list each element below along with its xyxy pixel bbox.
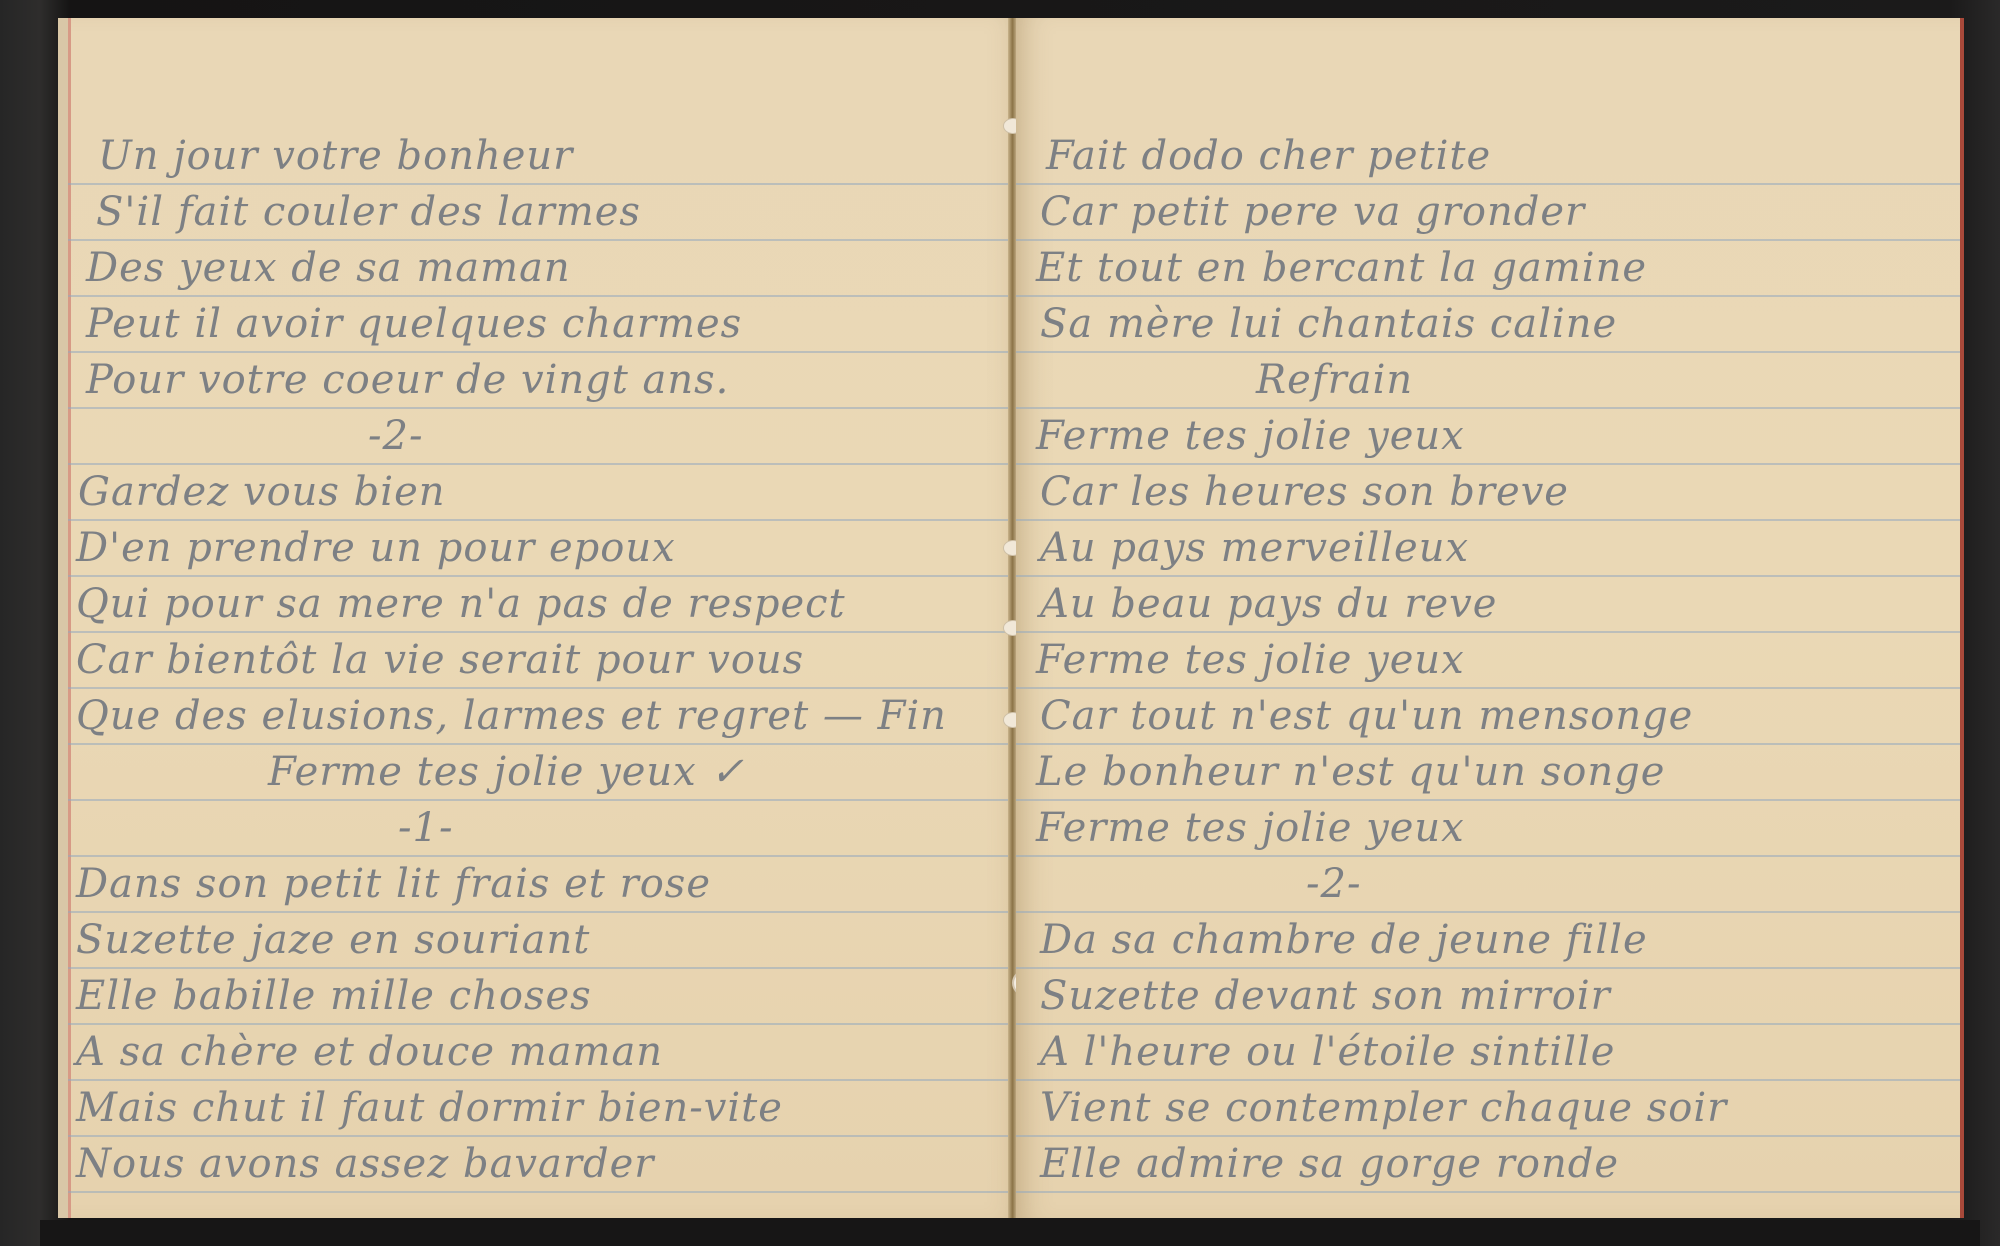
- ruled-line: [1016, 911, 1960, 913]
- handwritten-line: Mais chut il faut dormir bien-vite: [76, 1085, 783, 1131]
- ruled-line: [1016, 575, 1960, 577]
- handwritten-line: Qui pour sa mere n'a pas de respect: [76, 581, 846, 627]
- handwritten-line: Suzette jaze en souriant: [76, 917, 590, 963]
- ruled-line: [68, 183, 1020, 185]
- handwritten-line: Des yeux de sa maman: [86, 245, 571, 291]
- ruled-line: [1016, 631, 1960, 633]
- handwritten-line: Pour votre coeur de vingt ans.: [86, 357, 729, 403]
- handwritten-line: Le bonheur n'est qu'un songe: [1036, 749, 1665, 795]
- handwritten-line: Nous avons assez bavarder: [76, 1141, 654, 1187]
- right-page: Fait dodo cher petite Car petit pere va …: [1016, 18, 1964, 1218]
- ruled-line: [1016, 407, 1960, 409]
- ruled-line: [68, 351, 1020, 353]
- ruled-line: [1016, 743, 1960, 745]
- ruled-line: [68, 631, 1020, 633]
- ruled-line: [68, 1023, 1020, 1025]
- ruled-line: [68, 799, 1020, 801]
- handwritten-line: Ferme tes jolie yeux: [1036, 413, 1465, 459]
- ruled-line: [1016, 351, 1960, 353]
- handwritten-line: Au beau pays du reve: [1040, 581, 1497, 627]
- ruled-line: [68, 1135, 1020, 1137]
- ruled-line: [1016, 183, 1960, 185]
- handwritten-line: Vient se contempler chaque soir: [1040, 1085, 1727, 1131]
- ruled-line: [1016, 1023, 1960, 1025]
- ruled-line: [1016, 1135, 1960, 1137]
- ruled-line: [1016, 967, 1960, 969]
- ruled-line: [68, 463, 1020, 465]
- ruled-line: [68, 239, 1020, 241]
- handwritten-line: Car bientôt la vie serait pour vous: [76, 637, 804, 683]
- handwritten-line: A l'heure ou l'étoile sintille: [1040, 1029, 1615, 1075]
- ruled-line: [68, 1079, 1020, 1081]
- handwritten-line: D'en prendre un pour epoux: [76, 525, 676, 571]
- handwritten-line: Ferme tes jolie yeux: [1036, 637, 1465, 683]
- ruled-line: [1016, 1079, 1960, 1081]
- verse-number: -2-: [368, 413, 423, 459]
- ruled-line: [68, 687, 1020, 689]
- handwritten-line: Car tout n'est qu'un mensonge: [1040, 693, 1693, 739]
- ruled-line: [68, 743, 1020, 745]
- ruled-line: [68, 519, 1020, 521]
- ruled-line: [1016, 1191, 1960, 1193]
- handwritten-line: Peut il avoir quelques charmes: [86, 301, 742, 347]
- handwritten-line: Au pays merveilleux: [1040, 525, 1469, 571]
- verse-number: -1-: [398, 805, 453, 851]
- left-page: Un jour votre bonheur S'il fait couler d…: [58, 18, 1020, 1218]
- ruled-line: [1016, 519, 1960, 521]
- handwritten-line: Car les heures son breve: [1040, 469, 1569, 515]
- ruled-line: [1016, 295, 1960, 297]
- song-title: Ferme tes jolie yeux ✓: [268, 749, 745, 795]
- ruled-line: [68, 911, 1020, 913]
- handwritten-line: S'il fait couler des larmes: [96, 189, 641, 235]
- handwritten-line: Sa mère lui chantais caline: [1040, 301, 1617, 347]
- handwritten-line: Elle admire sa gorge ronde: [1040, 1141, 1619, 1187]
- verse-number: -2-: [1306, 861, 1361, 907]
- handwritten-line: Que des elusions, larmes et regret — Fin: [76, 693, 947, 739]
- ruled-line: [68, 575, 1020, 577]
- ruled-line: [1016, 799, 1960, 801]
- handwritten-line: Elle babille mille choses: [76, 973, 592, 1019]
- ruled-line: [1016, 239, 1960, 241]
- handwritten-line: A sa chère et douce maman: [76, 1029, 663, 1075]
- ruled-line: [1016, 855, 1960, 857]
- cover-bottom-edge: [40, 1220, 1980, 1246]
- ruled-line: [1016, 687, 1960, 689]
- handwritten-line: Dans son petit lit frais et rose: [76, 861, 711, 907]
- handwritten-line: Suzette devant son mirroir: [1040, 973, 1611, 1019]
- handwritten-line: Ferme tes jolie yeux: [1036, 805, 1465, 851]
- refrain-heading: Refrain: [1256, 357, 1413, 403]
- ruled-line: [68, 295, 1020, 297]
- ruled-line: [68, 1191, 1020, 1193]
- handwritten-line: Fait dodo cher petite: [1046, 133, 1491, 179]
- ruled-line: [68, 967, 1020, 969]
- handwritten-line: Car petit pere va gronder: [1040, 189, 1585, 235]
- ruled-line: [68, 407, 1020, 409]
- handwritten-line: Et tout en bercant la gamine: [1036, 245, 1647, 291]
- handwritten-line: Da sa chambre de jeune fille: [1040, 917, 1648, 963]
- handwritten-line: Un jour votre bonheur: [98, 133, 573, 179]
- ruled-line: [1016, 463, 1960, 465]
- ruled-line: [68, 855, 1020, 857]
- handwritten-line: Gardez vous bien: [78, 469, 446, 515]
